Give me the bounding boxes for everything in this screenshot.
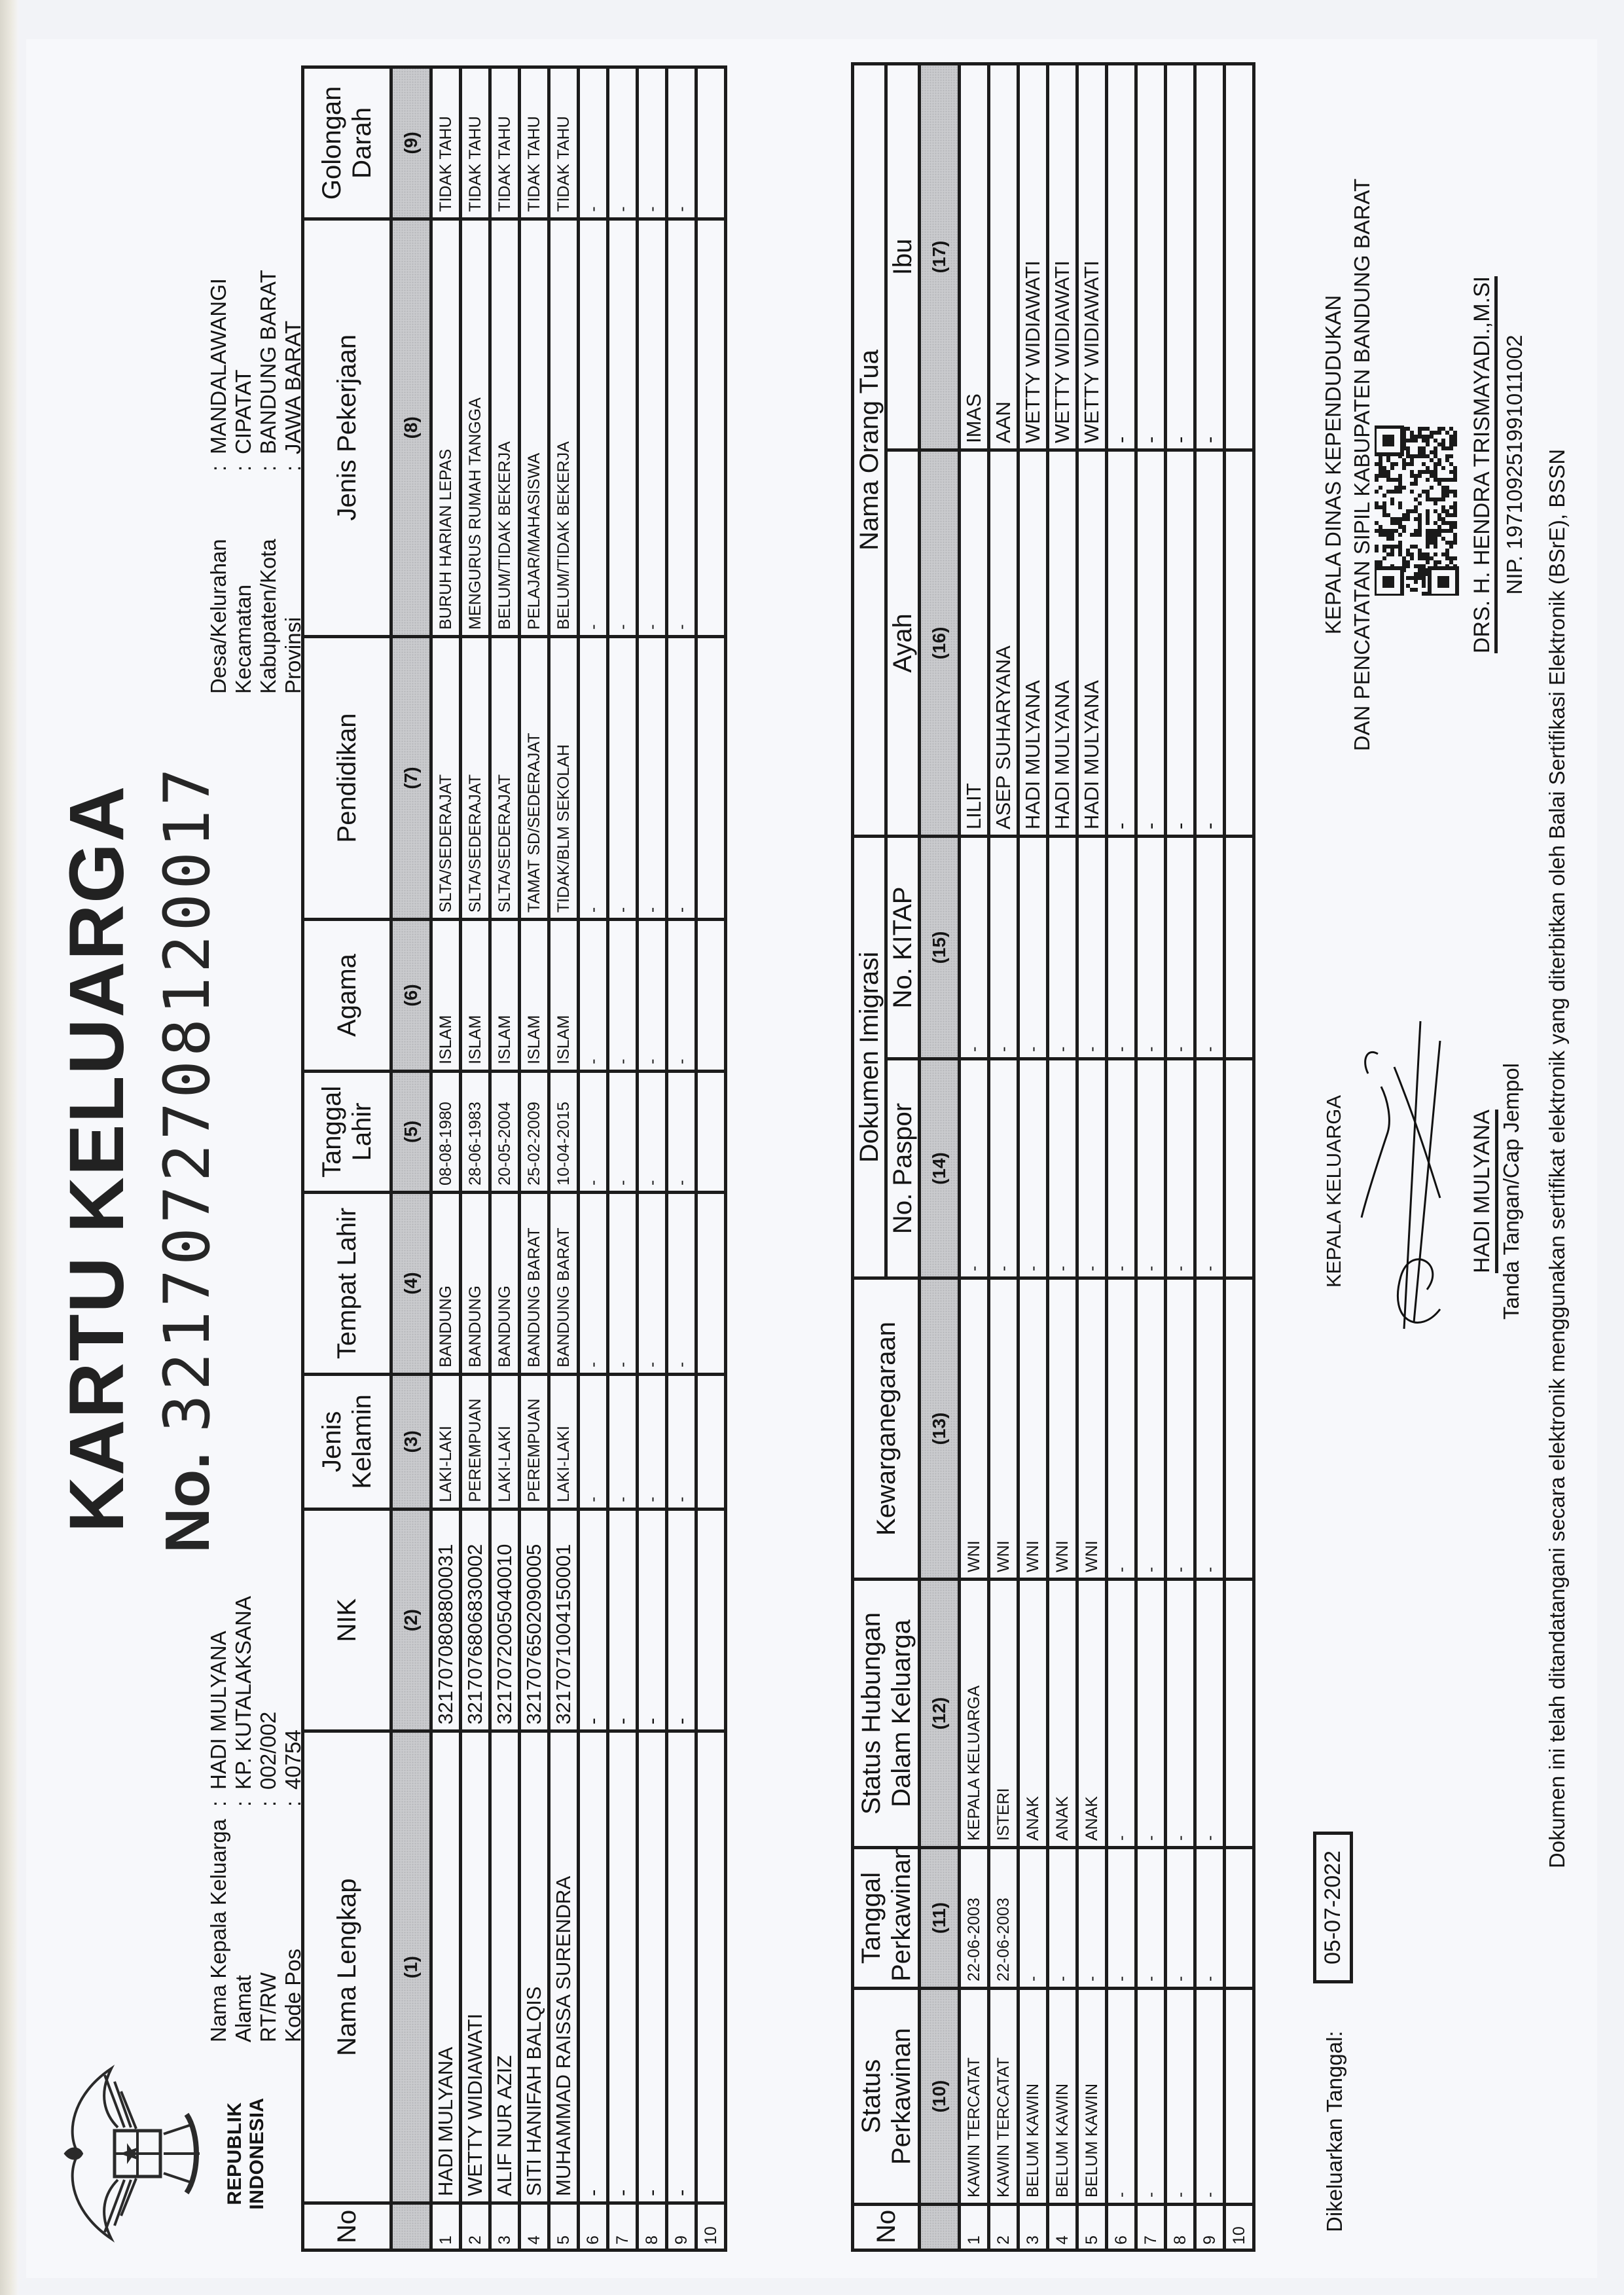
table-row: 2WETTY WIDIAWATI3217076806830002PEREMPUA…	[461, 67, 490, 2250]
table-cell: -	[1136, 63, 1166, 450]
table-cell: -	[1136, 1848, 1166, 1989]
table-cell: SLTA/SEDERAJAT	[431, 636, 461, 919]
table-cell: -	[579, 920, 608, 1072]
table-cell	[1225, 1989, 1254, 2205]
header-status-perkawinan: Status Perkawinan	[853, 1989, 920, 2205]
table-cell: -	[1166, 1848, 1195, 1989]
table-cell: LAKI-LAKI	[431, 1374, 461, 1509]
table-cell: KAWIN TERCATAT	[960, 1989, 989, 2205]
header-no: No	[853, 2205, 920, 2250]
table-cell: BELUM/TIDAK BEKERJA	[549, 219, 579, 636]
table-cell: WNI	[960, 1278, 989, 1580]
table-cell: -	[1107, 836, 1136, 1058]
household-info-separator: :	[206, 1790, 231, 1807]
table-cell: -	[1107, 1059, 1136, 1278]
table-cell: WETTY WIDIAWATI	[1019, 63, 1048, 450]
header-ayah: Ayah	[886, 450, 920, 836]
table-cell: -	[1166, 1989, 1195, 2205]
electronic-signature-disclaimer: Dokumen ini telah ditandatangani secara …	[1545, 39, 1570, 2278]
table-cell: BANDUNG BARAT	[520, 1193, 549, 1375]
household-info-label: Kabupaten/Kota	[256, 471, 281, 694]
table-cell: TAMAT SD/SEDERAJAT	[520, 636, 549, 919]
table-cell: -	[1048, 1059, 1077, 1278]
table-row: 4BELUM KAWIN-ANAKWNI--HADI MULYANAWETTY …	[1048, 63, 1077, 2250]
table-cell	[1225, 836, 1254, 1058]
official-nip: NIP. 197109251991011002	[1502, 105, 1527, 825]
issued-date-value: 05-07-2022	[1313, 1832, 1353, 1983]
table-cell: 5	[1077, 2205, 1107, 2250]
table-row: 7--------	[1136, 63, 1166, 2250]
table-cell: ISLAM	[431, 920, 461, 1072]
table-cell: -	[1136, 450, 1166, 836]
table-cell: -	[1166, 1059, 1195, 1278]
table-cell: 22-06-2003	[960, 1848, 989, 1989]
table-row: 5MUHAMMAD RAISSA SURENDRA321707100415000…	[549, 67, 579, 2250]
table-cell: -	[608, 1731, 638, 2203]
table-cell: HADI MULYANA	[431, 1731, 461, 2203]
table-cell: BANDUNG	[461, 1193, 490, 1375]
table2-column-number-row: (10)(11)(12)(13)(14)(15)(16)(17)	[920, 63, 960, 2250]
table-cell: WNI	[1077, 1278, 1107, 1580]
table-cell: -	[579, 1193, 608, 1375]
table-cell: -	[638, 219, 667, 636]
table-cell: -	[608, 1071, 638, 1192]
table-cell: BELUM KAWIN	[1077, 1989, 1107, 2205]
table-cell: SLTA/SEDERAJAT	[461, 636, 490, 919]
table-cell: 9	[1195, 2205, 1225, 2250]
table-cell: -	[1107, 1989, 1136, 2205]
table-cell: -	[667, 67, 696, 219]
table-cell	[696, 1509, 726, 1731]
table-cell: 8	[1166, 2205, 1195, 2250]
table-row: 6---------	[579, 67, 608, 2250]
table-cell: SLTA/SEDERAJAT	[490, 636, 520, 919]
table-row: 7---------	[608, 67, 638, 2250]
column-number-cell	[391, 2203, 431, 2250]
table-cell	[696, 1193, 726, 1375]
table-cell: -	[667, 636, 696, 919]
table-cell: LAKI-LAKI	[490, 1374, 520, 1509]
table-cell: 9	[667, 2203, 696, 2250]
household-info-row: Kecamatan:CIPATAT	[231, 270, 256, 694]
signature-instruction: Tanda Tangan/Cap Jempol	[1499, 930, 1524, 1453]
table-cell: 7	[608, 2203, 638, 2250]
column-number-cell: (6)	[391, 920, 431, 1072]
table-cell	[1225, 1059, 1254, 1278]
table-row: 2KAWIN TERCATAT22-06-2003ISTERIWNI--ASEP…	[989, 63, 1019, 2250]
household-info-value: HADI MULYANA	[206, 1631, 231, 1790]
table-cell: AAN	[989, 63, 1019, 450]
table-cell	[696, 920, 726, 1072]
table-cell: -	[1077, 1848, 1107, 1989]
table-cell	[1225, 1848, 1254, 1989]
family-head-name: HADI MULYANA	[1470, 930, 1495, 1453]
table-cell: -	[1195, 1989, 1225, 2205]
table-cell: -	[608, 219, 638, 636]
table-row: 8--------	[1166, 63, 1195, 2250]
household-info-label: Desa/Kelurahan	[206, 471, 231, 694]
table-cell: 3217076806830002	[461, 1509, 490, 1731]
column-number-cell: (1)	[391, 1731, 431, 2203]
table-cell: PEREMPUAN	[461, 1374, 490, 1509]
table-cell: -	[579, 636, 608, 919]
family-card-document: REPUBLIK INDONESIA KARTU KELUARGA No.321…	[26, 39, 1597, 2278]
table-cell: -	[1166, 1278, 1195, 1580]
column-number-cell: (10)	[920, 1989, 960, 2205]
table-cell: -	[1136, 836, 1166, 1058]
table-cell: 1	[431, 2203, 461, 2250]
table-cell: -	[1195, 450, 1225, 836]
table1-header-cell: Tanggal Lahir	[303, 1071, 391, 1192]
column-number-cell	[920, 2205, 960, 2250]
table-cell: -	[1195, 1278, 1225, 1580]
table-cell: BANDUNG	[431, 1193, 461, 1375]
table-cell: -	[638, 1509, 667, 1731]
table-row: 9---------	[667, 67, 696, 2250]
table-cell: ISLAM	[490, 920, 520, 1072]
table1-header-cell: Jenis Pekerjaan	[303, 219, 391, 636]
table-cell: TIDAK TAHU	[549, 67, 579, 219]
table-cell: 2	[989, 2205, 1019, 2250]
table-row: 9--------	[1195, 63, 1225, 2250]
table-cell: MENGURUS RUMAH TANGGA	[461, 219, 490, 636]
table-cell: -	[1107, 1580, 1136, 1848]
table-cell: 3	[490, 2203, 520, 2250]
table-cell: TIDAK TAHU	[461, 67, 490, 219]
table-cell: -	[579, 1071, 608, 1192]
column-number-cell: (14)	[920, 1059, 960, 1278]
table-cell: 3217072005040010	[490, 1509, 520, 1731]
table-cell: -	[579, 1374, 608, 1509]
table-cell	[1225, 63, 1254, 450]
table-row: 5BELUM KAWIN-ANAKWNI--HADI MULYANAWETTY …	[1077, 63, 1107, 2250]
column-number-cell: (5)	[391, 1071, 431, 1192]
table-cell: HADI MULYANA	[1048, 450, 1077, 836]
table-cell: -	[579, 1731, 608, 2203]
table-cell	[696, 636, 726, 919]
table-cell: ISLAM	[549, 920, 579, 1072]
household-info-value: KP. KUTALAKSANA	[231, 1596, 256, 1790]
table-cell: 28-06-1983	[461, 1071, 490, 1192]
family-card-number-label: No.	[153, 1452, 223, 1553]
household-info-value: CIPATAT	[231, 369, 256, 454]
table1-header-cell: Nama Lengkap	[303, 1731, 391, 2203]
table-cell	[696, 1731, 726, 2203]
official-title: KEPALA DINAS KEPENDUDUKAN DAN PENCATATAN…	[1319, 105, 1377, 825]
table-cell: -	[1136, 1278, 1166, 1580]
column-number-cell: (9)	[391, 67, 431, 219]
country-caption: REPUBLIK INDONESIA	[224, 2055, 268, 2252]
table-cell: -	[1136, 1059, 1166, 1278]
table-cell: TIDAK TAHU	[431, 67, 461, 219]
table-cell: 3217076502090005	[520, 1509, 549, 1731]
table-cell: 6	[579, 2203, 608, 2250]
table-cell	[1225, 1278, 1254, 1580]
table-cell: SITI HANIFAH BALQIS	[520, 1731, 549, 2203]
table1-header-row: NoNama LengkapNIKJenis KelaminTempat Lah…	[303, 67, 391, 2250]
column-number-cell: (4)	[391, 1193, 431, 1375]
table-cell: LAKI-LAKI	[549, 1374, 579, 1509]
family-members-table: NoNama LengkapNIKJenis KelaminTempat Lah…	[301, 65, 727, 2252]
header-ibu: Ibu	[886, 63, 920, 450]
table-cell	[696, 67, 726, 219]
table-row: 1HADI MULYANA3217070808800031LAKI-LAKIBA…	[431, 67, 461, 2250]
household-info-row: Nama Kepala Keluarga:HADI MULYANA	[206, 1596, 231, 2042]
table1-header-cell: No	[303, 2203, 391, 2250]
household-info-separator: :	[256, 454, 281, 471]
table-cell: KAWIN TERCATAT	[989, 1989, 1019, 2205]
table-cell: 25-02-2009	[520, 1071, 549, 1192]
table-cell: TIDAK/BLM SEKOLAH	[549, 636, 579, 919]
table-cell: -	[638, 1374, 667, 1509]
table-cell: -	[638, 1071, 667, 1192]
header-nama-orang-tua: Nama Orang Tua	[853, 63, 886, 836]
qr-code-icon[interactable]	[1375, 425, 1460, 596]
table-cell: -	[1166, 450, 1195, 836]
header-kewarganegaraan: Kewarganegaraan	[853, 1278, 920, 1580]
table-cell: 7	[1136, 2205, 1166, 2250]
table-cell: ASEP SUHARYANA	[989, 450, 1019, 836]
table-cell	[696, 1374, 726, 1509]
table-cell: -	[1107, 1848, 1136, 1989]
table-cell: -	[667, 920, 696, 1072]
table-cell: -	[1166, 1580, 1195, 1848]
table-cell: -	[638, 1193, 667, 1375]
table-cell	[1225, 450, 1254, 836]
household-info-separator: :	[231, 454, 256, 471]
table-cell: KEPALA KELUARGA	[960, 1580, 989, 1848]
family-card-number-value: 3217072708120017	[151, 764, 224, 1432]
table-cell: -	[608, 1509, 638, 1731]
table-cell: ANAK	[1048, 1580, 1077, 1848]
table-cell: -	[608, 636, 638, 919]
scan-edge	[0, 0, 18, 2295]
table-cell: -	[638, 67, 667, 219]
table-cell: -	[1195, 836, 1225, 1058]
header-dokumen-imigrasi: Dokumen Imigrasi	[853, 836, 886, 1278]
table-cell: WETTY WIDIAWATI	[1048, 63, 1077, 450]
household-info-value: 002/002	[256, 1712, 281, 1790]
household-info-separator: :	[206, 454, 231, 471]
table-cell	[696, 1071, 726, 1192]
table-row: 1KAWIN TERCATAT22-06-2003KEPALA KELUARGA…	[960, 63, 989, 2250]
table-row: 3BELUM KAWIN-ANAKWNI--HADI MULYANAWETTY …	[1019, 63, 1048, 2250]
table-cell: -	[1195, 1848, 1225, 1989]
table-cell: -	[1136, 1989, 1166, 2205]
household-info-label: Nama Kepala Keluarga	[206, 1807, 231, 2042]
header-status-hubungan: Status Hubungan Dalam Keluarga	[853, 1580, 920, 1848]
table-cell: TIDAK TAHU	[490, 67, 520, 219]
household-info-label: RT/RW	[256, 1807, 281, 2042]
household-info-left: Nama Kepala Keluarga:HADI MULYANAAlamat:…	[206, 1596, 306, 2042]
table1-header-cell: Tempat Lahir	[303, 1193, 391, 1375]
table-cell: WETTY WIDIAWATI	[1077, 63, 1107, 450]
table-cell: 22-06-2003	[989, 1848, 1019, 1989]
table-cell: -	[1077, 836, 1107, 1058]
table-cell: 1	[960, 2205, 989, 2250]
table-cell: MUHAMMAD RAISSA SURENDRA	[549, 1731, 579, 2203]
table-cell: -	[667, 1731, 696, 2203]
table-cell: -	[989, 1059, 1019, 1278]
table-cell: 2	[461, 2203, 490, 2250]
table-cell: BURUH HARIAN LEPAS	[431, 219, 461, 636]
column-number-cell: (11)	[920, 1848, 960, 1989]
table-row: 10	[1225, 63, 1254, 2250]
table-cell: WETTY WIDIAWATI	[461, 1731, 490, 2203]
table-cell: -	[1166, 836, 1195, 1058]
table1-header-cell: Golongan Darah	[303, 67, 391, 219]
table1-header-cell: Jenis Kelamin	[303, 1374, 391, 1509]
table-cell: -	[667, 1193, 696, 1375]
table-cell: -	[1136, 1580, 1166, 1848]
table-cell: ISTERI	[989, 1580, 1019, 1848]
table-cell: -	[1048, 836, 1077, 1058]
table-cell: IMAS	[960, 63, 989, 450]
table-cell: 10	[1225, 2205, 1254, 2250]
table-cell: -	[1107, 63, 1136, 450]
table-cell: -	[1048, 1848, 1077, 1989]
household-info-row: Desa/Kelurahan:MANDALAWANGI	[206, 270, 231, 694]
column-number-cell: (8)	[391, 219, 431, 636]
table-cell: -	[1195, 1059, 1225, 1278]
table-cell: -	[579, 1509, 608, 1731]
household-info-label: Alamat	[231, 1807, 256, 2042]
table-cell: -	[1166, 63, 1195, 450]
table-cell: 4	[1048, 2205, 1077, 2250]
table-cell: HADI MULYANA	[1019, 450, 1048, 836]
household-info-row: RT/RW:002/002	[256, 1596, 281, 2042]
household-info-separator: :	[231, 1790, 256, 1807]
table1-column-number-row: (1)(2)(3)(4)(5)(6)(7)(8)(9)	[391, 67, 431, 2250]
table-cell: -	[667, 219, 696, 636]
table-row: 6--------	[1107, 63, 1136, 2250]
table-cell: -	[608, 1374, 638, 1509]
household-info-row: Alamat:KP. KUTALAKSANA	[231, 1596, 256, 2042]
table-cell: BELUM/TIDAK BEKERJA	[490, 219, 520, 636]
table-cell: -	[608, 67, 638, 219]
column-number-cell: (2)	[391, 1509, 431, 1731]
header-tanggal-perkawinan: Tanggal Perkawinan	[853, 1848, 920, 1989]
table-cell: 20-05-2004	[490, 1071, 520, 1192]
table-cell	[696, 219, 726, 636]
table-cell: 3	[1019, 2205, 1048, 2250]
table-cell: -	[667, 1374, 696, 1509]
household-info-value: MANDALAWANGI	[206, 278, 231, 454]
table-cell: PELAJAR/MAHASISWA	[520, 219, 549, 636]
civil-status-table: No Status Perkawinan Tanggal Perkawinan …	[851, 62, 1255, 2252]
table-cell: -	[1195, 1580, 1225, 1848]
table1-header-cell: Agama	[303, 920, 391, 1072]
table-cell: ALIF NUR AZIZ	[490, 1731, 520, 2203]
table-cell: ANAK	[1077, 1580, 1107, 1848]
table-cell: WNI	[1019, 1278, 1048, 1580]
table1-header-cell: Pendidikan	[303, 636, 391, 919]
table-cell: 08-08-1980	[431, 1071, 461, 1192]
table-cell: -	[667, 1509, 696, 1731]
column-number-cell: (12)	[920, 1580, 960, 1848]
table-cell: 10	[696, 2203, 726, 2250]
header-no-kitap: No. KITAP	[886, 836, 920, 1058]
table-row: 10	[696, 67, 726, 2250]
table-cell: -	[1107, 1278, 1136, 1580]
table-cell: -	[1195, 63, 1225, 450]
table-cell: -	[1019, 836, 1048, 1058]
table-cell: -	[1107, 450, 1136, 836]
table2-header-row-1: No Status Perkawinan Tanggal Perkawinan …	[853, 63, 886, 2250]
table-cell: -	[1077, 1059, 1107, 1278]
column-number-cell: (17)	[920, 63, 960, 450]
table-cell: -	[1019, 1059, 1048, 1278]
column-number-cell: (16)	[920, 450, 960, 836]
table-cell: -	[989, 836, 1019, 1058]
official-name: DRS. H. HENDRA TRISMAYADI.,M.SI	[1470, 105, 1495, 825]
table-cell: PEREMPUAN	[520, 1374, 549, 1509]
table-cell: 3217071004150001	[549, 1509, 579, 1731]
table-cell: -	[608, 1193, 638, 1375]
table-cell: 10-04-2015	[549, 1071, 579, 1192]
table-cell: -	[960, 1059, 989, 1278]
table-cell: 3217070808800031	[431, 1509, 461, 1731]
table1-header-cell: NIK	[303, 1509, 391, 1731]
table-cell: ISLAM	[461, 920, 490, 1072]
table-cell: ANAK	[1019, 1580, 1048, 1848]
header-no-paspor: No. Paspor	[886, 1059, 920, 1278]
table-cell: BELUM KAWIN	[1048, 1989, 1077, 2205]
column-number-cell: (7)	[391, 636, 431, 919]
household-info-separator: :	[256, 1790, 281, 1807]
table-cell: -	[638, 1731, 667, 2203]
table-row: 4SITI HANIFAH BALQIS3217076502090005PERE…	[520, 67, 549, 2250]
household-info-value: BANDUNG BARAT	[256, 270, 281, 454]
column-number-cell: (15)	[920, 836, 960, 1058]
household-info-label: Kecamatan	[231, 471, 256, 694]
column-number-cell: (13)	[920, 1278, 960, 1580]
household-info-right: Desa/Kelurahan:MANDALAWANGIKecamatan:CIP…	[206, 270, 306, 694]
table-cell: ISLAM	[520, 920, 549, 1072]
table-row: 3ALIF NUR AZIZ3217072005040010LAKI-LAKIB…	[490, 67, 520, 2250]
table-cell: BANDUNG	[490, 1193, 520, 1375]
table-cell: BELUM KAWIN	[1019, 1989, 1048, 2205]
table-cell	[1225, 1580, 1254, 1848]
table-cell: -	[667, 1071, 696, 1192]
table-cell: HADI MULYANA	[1077, 450, 1107, 836]
table-cell: 5	[549, 2203, 579, 2250]
handwritten-signature-icon	[1342, 1008, 1473, 1348]
table-cell: -	[960, 836, 989, 1058]
table-cell: 4	[520, 2203, 549, 2250]
table-cell: TIDAK TAHU	[520, 67, 549, 219]
household-info-row: Kabupaten/Kota:BANDUNG BARAT	[256, 270, 281, 694]
table-cell: -	[608, 920, 638, 1072]
table-cell: WNI	[989, 1278, 1019, 1580]
table-row: 8---------	[638, 67, 667, 2250]
table-cell: -	[579, 67, 608, 219]
issued-date-label: Dikeluarkan Tanggal:	[1322, 2031, 1347, 2232]
table-cell: -	[1019, 1848, 1048, 1989]
table-cell: 6	[1107, 2205, 1136, 2250]
table-cell: WNI	[1048, 1278, 1077, 1580]
document-title: KARTU KELUARGA	[52, 39, 141, 2278]
table-cell: 8	[638, 2203, 667, 2250]
table-cell: LILIT	[960, 450, 989, 836]
table-cell: -	[638, 636, 667, 919]
column-number-cell: (3)	[391, 1374, 431, 1509]
table-cell: -	[579, 219, 608, 636]
table-cell: -	[638, 920, 667, 1072]
table-cell: BANDUNG BARAT	[549, 1193, 579, 1375]
